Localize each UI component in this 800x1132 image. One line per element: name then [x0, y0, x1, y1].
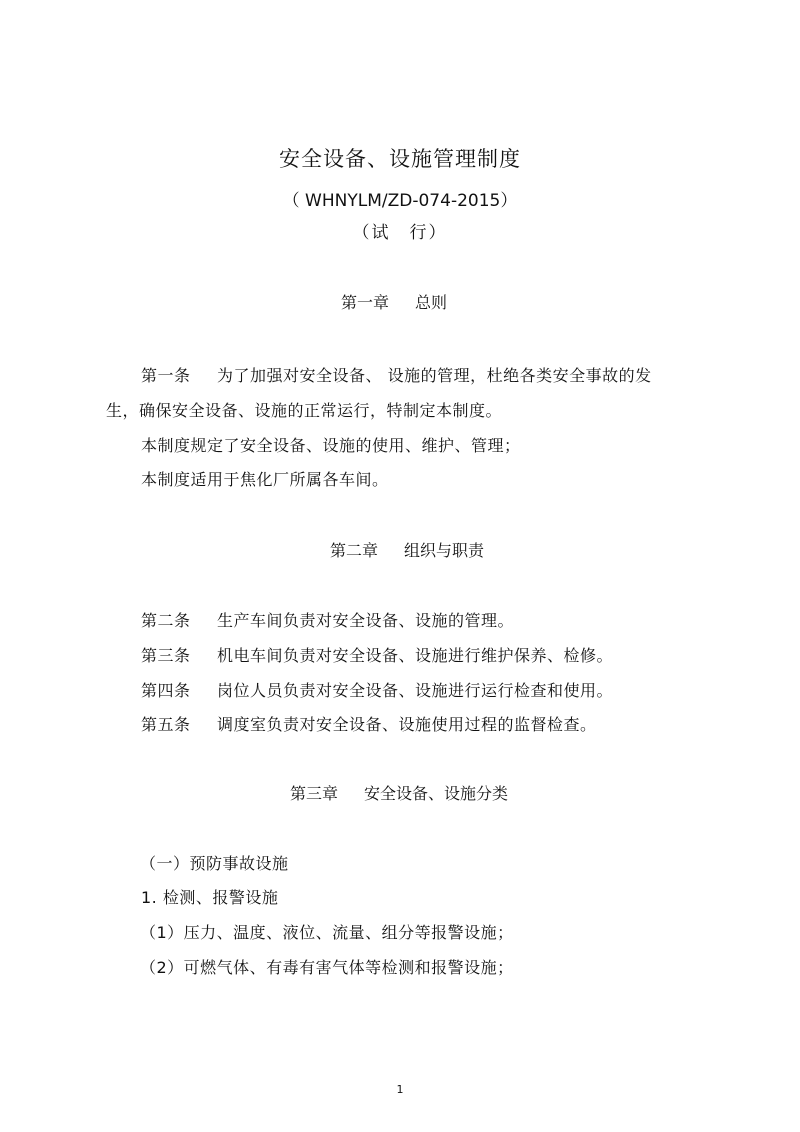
- article-5: 第五条调度室负责对安全设备、设施使用过程的监督检查。: [141, 712, 597, 735]
- chapter-number: 第二章: [330, 541, 378, 560]
- article-text: 为了加强对安全设备、 设施的管理，杜绝各类安全事故的发: [217, 366, 652, 385]
- list-item: （1）压力、温度、液位、流量、组分等报警设施；: [140, 920, 514, 943]
- document-code: （ WHNYLM/ZD-074-2015）: [0, 186, 800, 211]
- chapter-3-heading: 第三章安全设备、设施分类: [290, 781, 508, 804]
- chapter-2-heading: 第二章组织与职责: [330, 538, 484, 561]
- article-label: 第四条: [141, 678, 217, 701]
- article-1-line-2: 生，确保安全设备、设施的正常运行，特制定本制度。: [106, 398, 502, 421]
- page-number: 1: [0, 1083, 800, 1096]
- article-1-line-1: 第一条为了加强对安全设备、 设施的管理，杜绝各类安全事故的发: [141, 363, 652, 386]
- article-label: 第三条: [141, 643, 217, 666]
- article-4: 第四条岗位人员负责对安全设备、设施进行运行检查和使用。: [141, 678, 613, 701]
- article-3: 第三条机电车间负责对安全设备、设施进行维护保养、检修。: [141, 643, 613, 666]
- document-title: 安全设备、设施管理制度: [0, 143, 800, 173]
- chapter-name: 组织与职责: [404, 541, 484, 560]
- chapter-number: 第一章: [341, 293, 389, 312]
- document-status: （试 行）: [0, 218, 800, 243]
- article-2: 第二条生产车间负责对安全设备、设施的管理。: [141, 608, 514, 631]
- chapter-name: 安全设备、设施分类: [364, 784, 508, 803]
- subcategory-heading: 1. 检测、报警设施: [141, 885, 278, 908]
- chapter-1-heading: 第一章总则: [341, 290, 447, 313]
- article-text: 机电车间负责对安全设备、设施进行维护保养、检修。: [217, 646, 613, 665]
- document-page: 安全设备、设施管理制度 （ WHNYLM/ZD-074-2015） （试 行） …: [0, 0, 800, 1132]
- article-text: 生产车间负责对安全设备、设施的管理。: [217, 611, 514, 630]
- article-label: 第二条: [141, 608, 217, 631]
- article-label: 第一条: [141, 363, 217, 386]
- list-item: （2）可燃气体、有毒有害气体等检测和报警设施；: [140, 955, 514, 978]
- category-heading: （一）预防事故设施: [140, 851, 289, 874]
- applicability-paragraph: 本制度适用于焦化厂所属各车间。: [141, 467, 389, 490]
- scope-paragraph: 本制度规定了安全设备、设施的使用、维护、管理；: [141, 433, 521, 456]
- article-text: 岗位人员负责对安全设备、设施进行运行检查和使用。: [217, 681, 613, 700]
- article-label: 第五条: [141, 712, 217, 735]
- article-text: 调度室负责对安全设备、设施使用过程的监督检查。: [217, 715, 597, 734]
- chapter-number: 第三章: [290, 784, 338, 803]
- chapter-name: 总则: [415, 293, 447, 312]
